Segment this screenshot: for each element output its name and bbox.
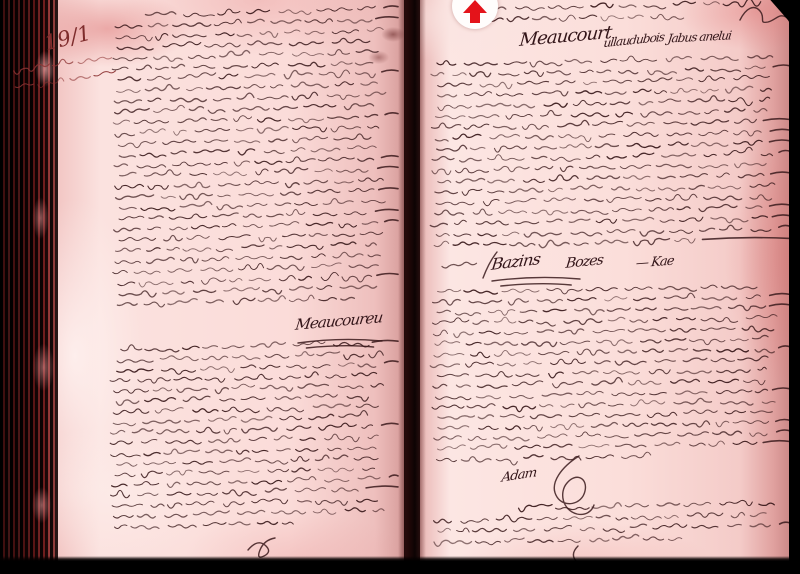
left-page <box>42 0 404 574</box>
scan-edge-right <box>789 0 800 574</box>
book-gutter <box>398 0 426 574</box>
scan-viewport[interactable]: 19/1 Meaucoureu Meaucourt ullaudubois Ja… <box>0 0 800 574</box>
book-binding <box>0 0 58 574</box>
scan-edge-bottom <box>0 556 800 574</box>
up-arrow-icon <box>463 0 487 24</box>
right-page <box>420 0 792 574</box>
